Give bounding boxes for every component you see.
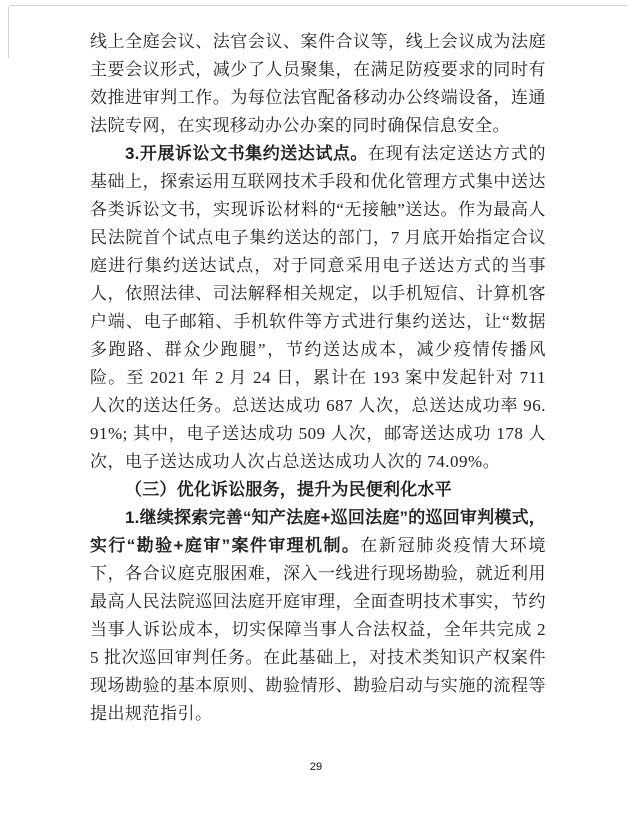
body-text: 在新冠肺炎疫情大环境下，各合议庭克服困难，深入一线进行现场勘验，就近利用最高人民… (90, 536, 546, 723)
paragraph: 线上全庭会议、法官会议、案件合议等，线上会议成为法庭主要会议形式，减少了人员聚集… (90, 28, 546, 140)
bold-text: 3.开展诉讼文书集约送达试点。 (125, 144, 368, 163)
paragraph: 1.继续探索完善“知产法庭+巡回法庭”的巡回审判模式，实行“勘验+庭审”案件审理… (90, 504, 546, 728)
page-number: 29 (0, 761, 632, 773)
body-text: 线上全庭会议、法官会议、案件合议等，线上会议成为法庭主要会议形式，减少了人员聚集… (90, 32, 546, 135)
body-text: 在现有法定送达方式的基础上，探索运用互联网技术手段和优化管理方式集中送达各类诉讼… (90, 144, 546, 471)
paragraph: 3.开展诉讼文书集约送达试点。在现有法定送达方式的基础上，探索运用互联网技术手段… (90, 140, 546, 476)
scan-edge-top (10, 5, 627, 6)
paragraph: （三）优化诉讼服务，提升为民便利化水平 (90, 476, 546, 504)
document-body: 线上全庭会议、法官会议、案件合议等，线上会议成为法庭主要会议形式，减少了人员聚集… (90, 28, 546, 728)
document-page: 线上全庭会议、法官会议、案件合议等，线上会议成为法庭主要会议形式，减少了人员聚集… (0, 0, 632, 826)
bold-text: （三）优化诉讼服务，提升为民便利化水平 (125, 480, 452, 499)
scan-edge-left (8, 6, 9, 58)
